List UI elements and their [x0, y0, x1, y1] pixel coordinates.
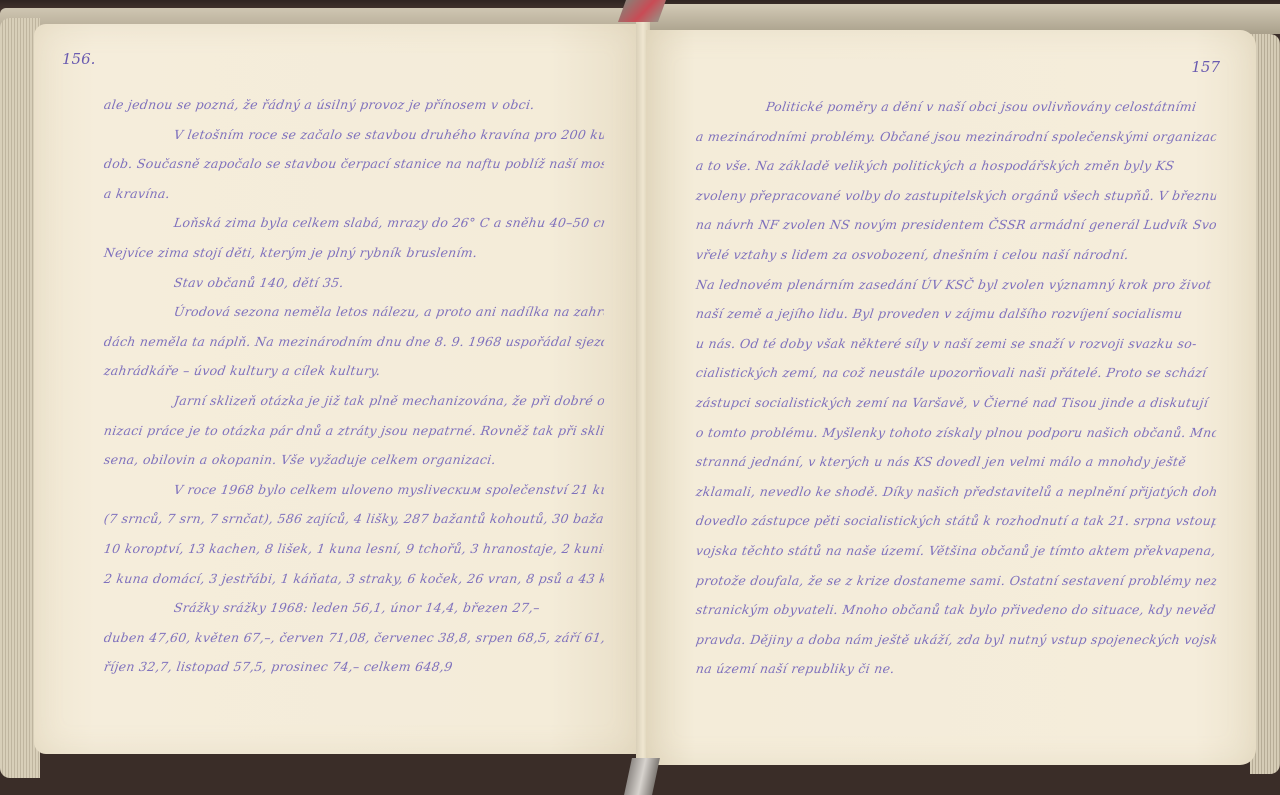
handwritten-line: naší země a jejího lidu. Byl proveden v …	[694, 299, 1218, 329]
handwritten-line: nizaci práce je to otázka pár dnů a ztrá…	[102, 416, 606, 446]
handwritten-line: vojska těchto států na naše území. Větši…	[694, 536, 1218, 566]
handwritten-line: Srážky srážky 1968: leden 56,1, únor 14,…	[102, 593, 606, 623]
handwritten-line: a kravína.	[102, 179, 606, 209]
handwritten-line: Loňská zima byla celkem slabá, mrazy do …	[102, 208, 606, 238]
handwritten-line: 2 kuna domácí, 3 jestřábi, 1 káňata, 3 s…	[102, 564, 606, 594]
right-page: 157 Politické poměry a dění v naší obci …	[646, 30, 1256, 765]
handwritten-line: Stav občanů 140, dětí 35.	[102, 268, 606, 298]
handwritten-line: vřelé vztahy s lidem za osvobození, dneš…	[694, 240, 1218, 270]
handwritten-line: duben 47,60, květen 67,–, červen 71,08, …	[102, 623, 606, 653]
left-page: 156. ale jednou se pozná, že řádný a úsi…	[34, 24, 640, 754]
handwritten-line: (7 srnců, 7 srn, 7 srnčat), 586 zajíců, …	[102, 504, 606, 534]
handwritten-line: a mezinárodními problémy. Občané jsou me…	[694, 122, 1218, 152]
handwritten-line: dách neměla ta náplň. Na mezinárodním dn…	[102, 327, 606, 357]
handwritten-line: stranná jednání, v kterých u nás KS dove…	[694, 447, 1218, 477]
handwritten-line: zklamali, nevedlo ke shodě. Díky našich …	[694, 477, 1218, 507]
handwritten-line: protože doufala, že se z krize dostaneme…	[694, 566, 1218, 596]
handwritten-line: pravda. Dějiny a doba nám ještě ukáží, z…	[694, 625, 1218, 655]
handwritten-line: Jarní sklizeň otázka je již tak plně mec…	[102, 386, 606, 416]
handwritten-line: u nás. Od té doby však některé síly v na…	[694, 329, 1218, 359]
handwritten-line: dovedlo zástupce pěti socialistických st…	[694, 506, 1218, 536]
handwritten-line: dob. Současně započalo se stavbou čerpac…	[102, 149, 606, 179]
handwritten-line: zvoleny přepracované volby do zastupitel…	[694, 181, 1218, 211]
handwritten-line: zástupci socialistických zemí na Varšavě…	[694, 388, 1218, 418]
open-book: 156. ale jednou se pozná, že řádný a úsi…	[0, 0, 1280, 795]
handwritten-line: V roce 1968 bylo celkem ulovenо myslivec…	[102, 475, 606, 505]
handwritten-line: na návrh NF zvolen NS novým presidentem …	[694, 210, 1218, 240]
handwritten-line: cialistických zemí, na což neustále upoz…	[694, 358, 1218, 388]
handwritten-line: zahrádkáře – úvod kultury a cílek kultur…	[102, 356, 606, 386]
right-page-text: Politické poměry a dění v naší obci jsou…	[696, 92, 1216, 684]
handwritten-line: V letošním roce se začalo se stavbou dru…	[102, 120, 606, 150]
handwritten-line: Na lednovém plenárním zasedání ÚV KSČ by…	[694, 270, 1218, 300]
handwritten-line: sena, obilovin a okopanin. Vše vyžaduje …	[102, 445, 606, 475]
bookmark-ribbon	[618, 0, 666, 22]
handwritten-line: Úrodová sezona neměla letos nálezu, a pr…	[102, 297, 606, 327]
handwritten-line: říjen 32,7, listopad 57,5, prosinec 74,–…	[102, 652, 606, 682]
handwritten-line: ale jednou se pozná, že řádný a úsilný p…	[102, 90, 606, 120]
left-page-number: 156.	[62, 50, 95, 68]
bookmark-tassel	[624, 758, 660, 795]
handwritten-line: Politické poměry a dění v naší obci jsou…	[694, 92, 1218, 122]
handwritten-line: o tomto problému. Myšlenky tohoto získal…	[694, 418, 1218, 448]
handwritten-line: stranickým obyvateli. Mnoho občanů tak b…	[694, 595, 1218, 625]
handwritten-line: Nejvíce zima stojí děti, kterým je plný …	[102, 238, 606, 268]
handwritten-line: na území naší republiky či ne.	[694, 654, 1218, 684]
handwritten-line: a to vše. Na základě velikých politickýc…	[694, 151, 1218, 181]
handwritten-line: 10 koroptví, 13 kachen, 8 lišek, 1 kuna …	[102, 534, 606, 564]
right-page-number: 157	[1191, 58, 1220, 76]
left-page-text: ale jednou se pozná, že řádný a úsilný p…	[104, 90, 604, 682]
